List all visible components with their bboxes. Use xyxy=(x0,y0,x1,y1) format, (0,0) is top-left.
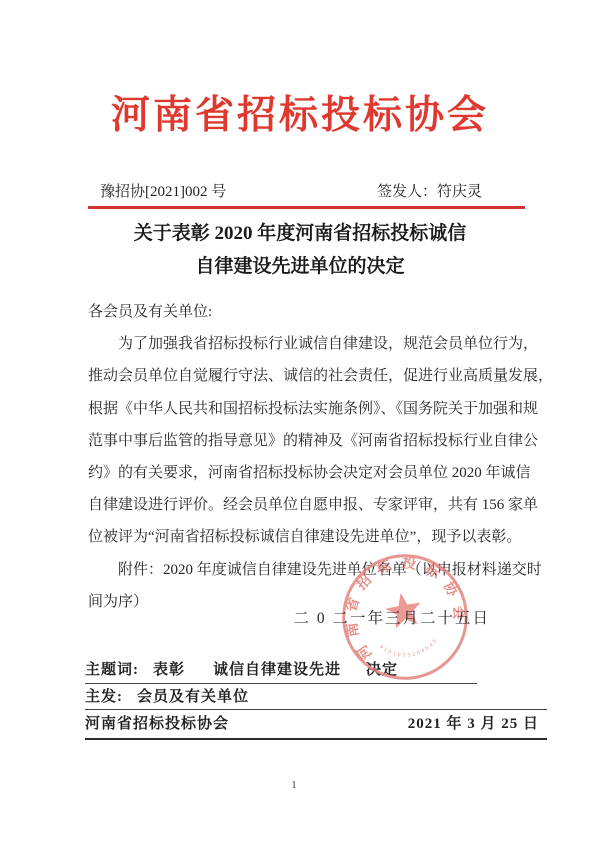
red-divider-line xyxy=(88,206,525,209)
document-number: 豫招协[2021]002 号 xyxy=(100,180,226,201)
document-meta-row: 豫招协[2021]002 号 签发人：符庆灵 xyxy=(100,180,482,201)
body-line: 根据《中华人民共和国招标投标法实施条例》、《国务院关于加强和规 xyxy=(88,393,528,425)
body-line: 推动会员单位自觉履行守法、诚信的社会责任，促进行业高质量发展， xyxy=(88,360,528,392)
signature-date: 二 0 二一年三月二十五日 xyxy=(293,606,490,628)
subject-term: 诚信自律建设先进 xyxy=(213,662,341,678)
seal-serial-number: 4101055204643 xyxy=(377,634,441,664)
document-title-line2: 自律建设先进单位的决定 xyxy=(0,250,600,283)
body-line: 自律建设进行评价。经会员单位自愿申报、专家评审，共有 156 家单 xyxy=(88,489,528,521)
document-page: 河南省招标投标协会 豫招协[2021]002 号 签发人：符庆灵 关于表彰 20… xyxy=(0,0,600,848)
salutation: 各会员及有关单位: xyxy=(88,296,528,328)
document-title: 关于表彰 2020 年度河南省招标投标诚信 自律建设先进单位的决定 xyxy=(0,217,600,283)
document-title-line1: 关于表彰 2020 年度河南省招标投标诚信 xyxy=(0,217,600,250)
send-label: 主发: xyxy=(85,689,123,705)
body-line: 约》的有关要求，河南省招标投标协会决定对会员单位 2020 年诚信 xyxy=(88,457,528,489)
issuing-org-header: 河南省招标投标协会 xyxy=(0,84,600,140)
body-line: 为了加强我省招标投标行业诚信自律建设，规范会员单位行为， xyxy=(88,328,528,360)
issue-date: 2021 年 3 月 25 日 xyxy=(408,711,539,738)
issuer-row: 河南省招标投标协会 2021 年 3 月 25 日 xyxy=(85,711,547,740)
send-value: 会员及有关单位 xyxy=(137,689,249,705)
subject-label: 主题词: xyxy=(85,662,139,678)
signer-name: 签发人：符庆灵 xyxy=(377,180,482,201)
subject-term: 表彰 xyxy=(153,662,185,678)
body-line: 范事中事后监管的指导意见》的精神及《河南省招标投标行业自律公 xyxy=(88,425,528,457)
body-line: 位被评为“河南省招标投标诚信自律建设先进单位”，现予以表彰。 xyxy=(88,521,528,553)
issuer-name: 河南省招标投标协会 xyxy=(85,711,229,738)
page-number: 1 xyxy=(0,779,588,791)
main-send-row: 主发:会员及有关单位 xyxy=(85,685,547,710)
